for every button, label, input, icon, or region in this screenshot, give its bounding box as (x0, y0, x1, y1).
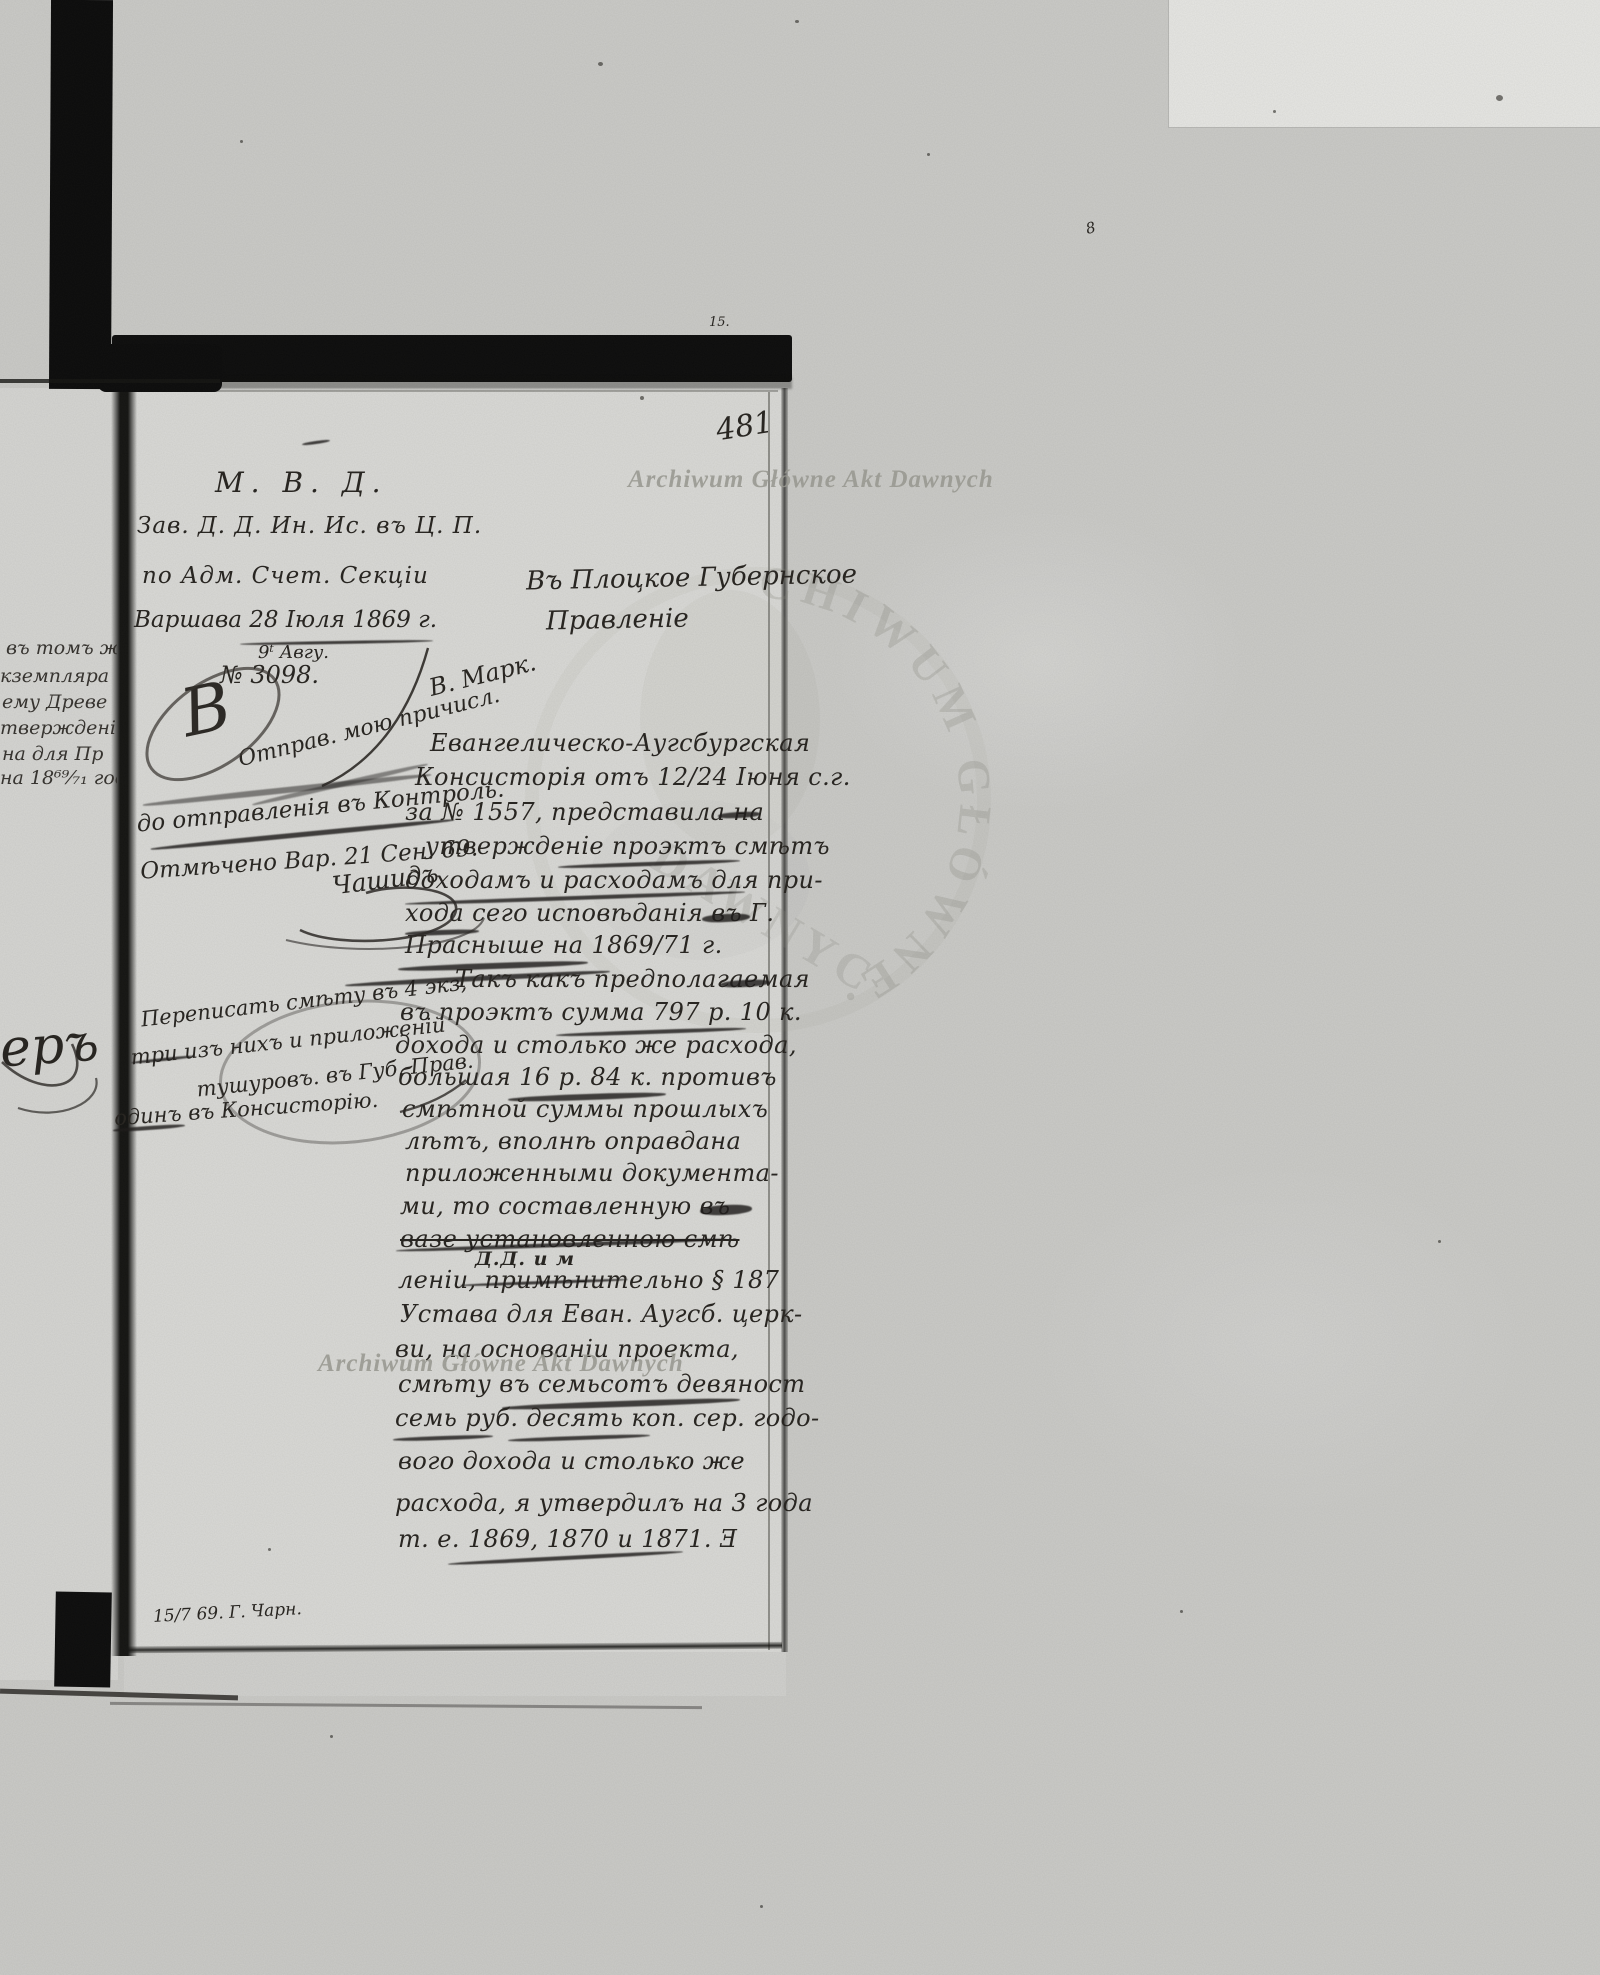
fragment-line: въ томъ же р (6, 638, 117, 659)
archive-watermark-text-bottom: Archiwum Główne Akt Dawnych (318, 1350, 684, 1378)
body-line: вого дохода и столько же (398, 1448, 745, 1474)
corner-page-number: 15. (709, 316, 730, 330)
fragment-line: ему Древе (2, 692, 107, 713)
letterhead-section-line: по Адм. Счет. Секціи (142, 564, 429, 589)
body-line: приложенными документа- (405, 1160, 779, 1186)
letterhead-department-line: Зав. Д. Д. Ин. Ис. въ Ц. П. (137, 514, 482, 539)
body-line: въ проэктъ сумма 797 р. 10 к. (400, 999, 802, 1025)
dust-speck (927, 153, 930, 156)
address-line-2: Правленіе (546, 605, 689, 637)
letterhead-ministry-abbrev: М. В. Д. (215, 468, 388, 499)
fragment-line: на для Пр (2, 744, 103, 765)
body-line: лѣтъ, вполнѣ оправдана (405, 1128, 741, 1154)
facing-page-text-fragments: въ томъ же р кземпляра ему Древе твержде… (0, 630, 117, 810)
facing-page-signature-fragment: еръ (0, 1000, 114, 1130)
body-line: семь руб. десять коп. сер. годо- (395, 1405, 820, 1431)
body-line: Прасныше на 1869/71 г. (405, 932, 723, 958)
dust-speck (240, 140, 243, 143)
body-line: доходамъ и расходамъ для при- (405, 867, 823, 893)
archive-watermark-text-top: Archiwum Główne Akt Dawnych (628, 466, 994, 494)
body-line: Консисторія отъ 12/24 Іюня с.г. (415, 764, 851, 790)
body-line: за № 1557, представила на (405, 799, 764, 825)
body-line: большая 16 р. 84 к. противъ (398, 1064, 777, 1090)
body-line: расхода, я утвердилъ на 3 года (395, 1490, 813, 1516)
body-line: хода сего исповѣданія въ Г. (405, 900, 774, 926)
dust-speck (1180, 1610, 1183, 1613)
letterhead-date-line: Варшава 28 Іюля 1869 г. (134, 608, 437, 633)
body-line: утвержденіе проэктъ смѣтъ (425, 833, 830, 859)
dust-speck (795, 20, 799, 23)
body-line: Евангелическо-Аугсбургская (430, 730, 810, 756)
microfilm-scan-background: { "annotations": { "folio_number": "481"… (0, 0, 1600, 1975)
body-line: т. е. 1869, 1870 и 1871. Ǝ (398, 1526, 738, 1552)
signature-fragment-text: еръ (0, 1015, 101, 1079)
body-line: смѣтной суммы прошлыхъ (402, 1096, 768, 1122)
body-line: ми, то составленную въ (400, 1193, 730, 1219)
dust-speck (598, 62, 603, 66)
fragment-line: кземпляра (0, 666, 109, 687)
letterhead-number: № 3098. (220, 662, 319, 688)
dust-speck (1273, 110, 1276, 113)
body-line: дохода и столько же расхода, (395, 1032, 797, 1058)
dust-speck (640, 396, 644, 400)
dust-speck (1496, 95, 1503, 101)
dust-speck (1438, 1240, 1441, 1243)
dust-speck (330, 1735, 333, 1738)
fragment-line: твержденіи (0, 718, 117, 739)
letterhead-newstyle-date: 9ᵗ Авгу. (258, 643, 329, 663)
body-line: Устава для Еван. Аугсб. церк- (400, 1301, 803, 1327)
fragment-line: на 18⁶⁹⁄₇₁ годы (0, 768, 117, 789)
dust-speck (268, 1548, 271, 1551)
dust-speck (760, 1905, 763, 1908)
